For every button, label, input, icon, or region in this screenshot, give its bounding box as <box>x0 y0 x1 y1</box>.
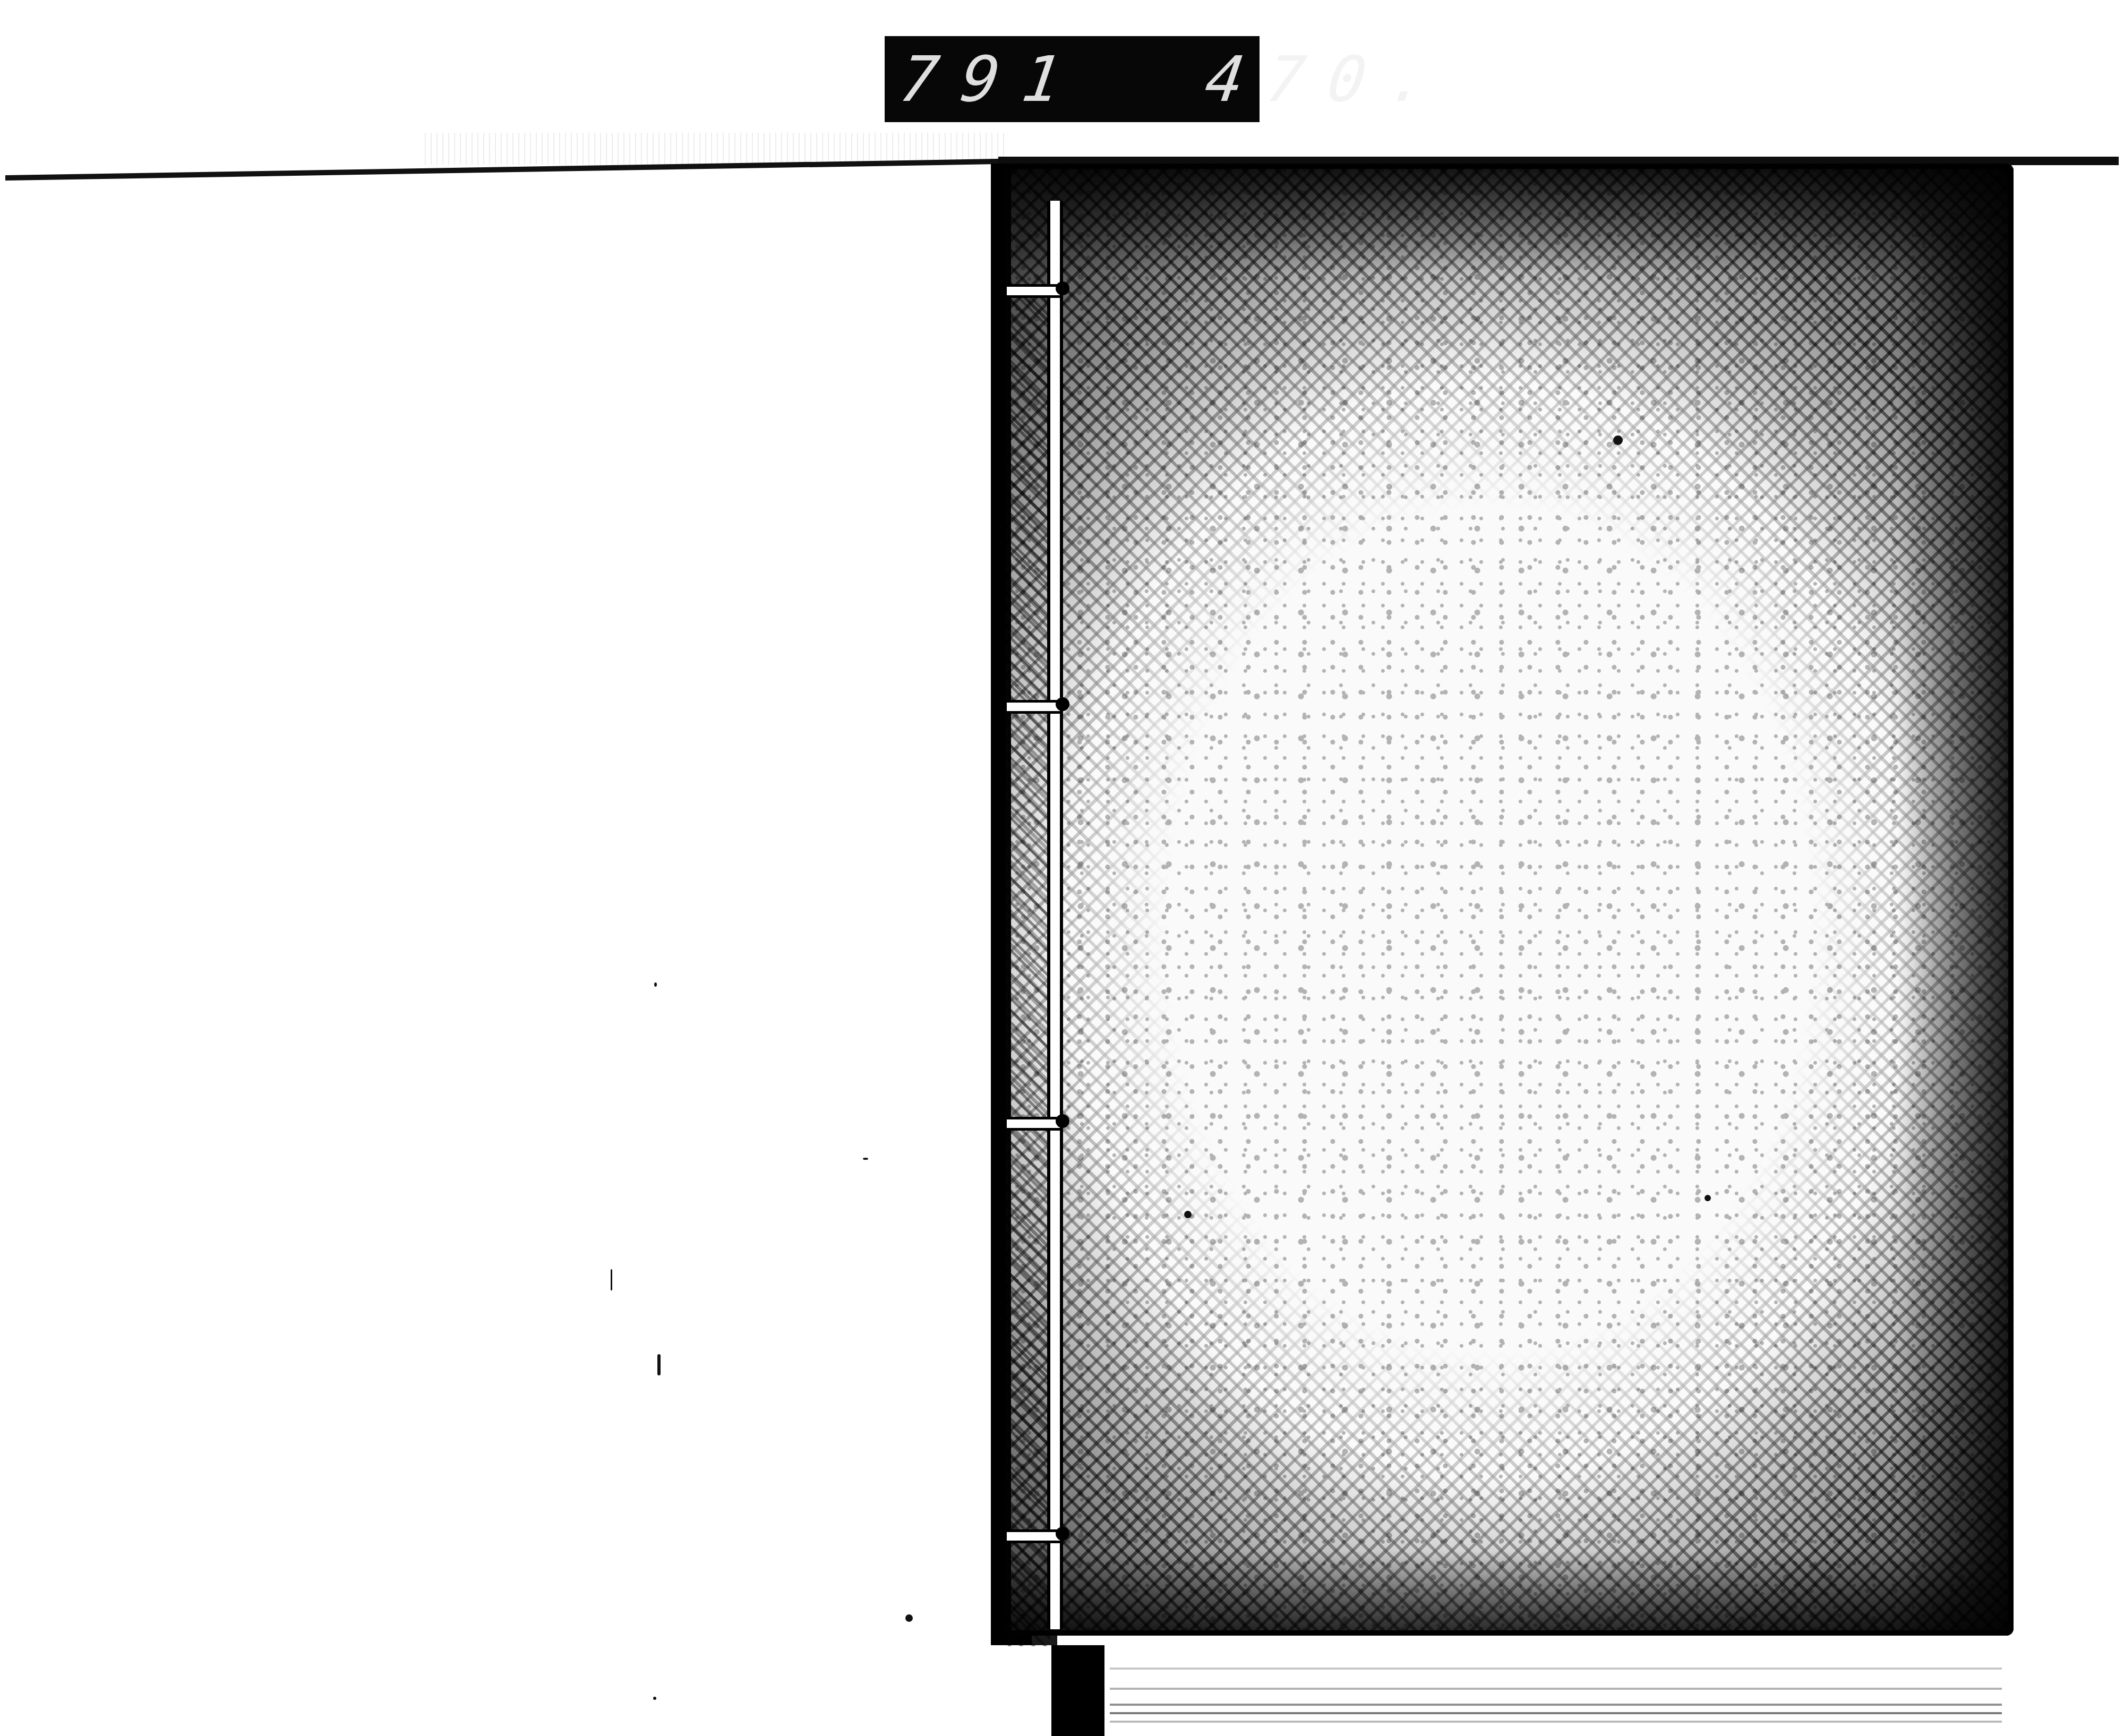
scanned-page: 791 470. <box>0 0 2124 1736</box>
spine-bottom <box>1051 1645 1104 1736</box>
cover-stain <box>1705 1195 1711 1201</box>
spine-fold-pattern <box>1008 287 1050 1646</box>
binding-stitch <box>1007 1117 1060 1131</box>
binding-stitch <box>1007 284 1060 298</box>
book-cover <box>1006 164 2014 1636</box>
cover-shadow <box>1006 164 2014 1636</box>
binding-stitch <box>1007 700 1060 714</box>
scan-speck <box>905 1614 913 1622</box>
scan-speck <box>654 982 657 987</box>
binding-thread <box>1047 201 1063 1629</box>
cover-stain <box>1613 435 1623 445</box>
binding-stitch <box>1007 1529 1060 1543</box>
cover-right-edge <box>1897 164 2014 1636</box>
scan-speck <box>863 1158 868 1160</box>
cover-stain <box>1184 1211 1192 1218</box>
scan-speck <box>653 1697 656 1700</box>
call-number-text: 791 470. <box>895 42 1455 116</box>
scan-speck <box>611 1269 612 1290</box>
call-number-label: 791 470. <box>885 36 1260 122</box>
scan-speck <box>657 1354 661 1375</box>
cover-top-edge <box>1006 164 2014 275</box>
page-block-edge <box>1110 1646 2002 1736</box>
book <box>991 164 2014 1645</box>
cover-bottom-edge <box>1006 1551 2014 1636</box>
